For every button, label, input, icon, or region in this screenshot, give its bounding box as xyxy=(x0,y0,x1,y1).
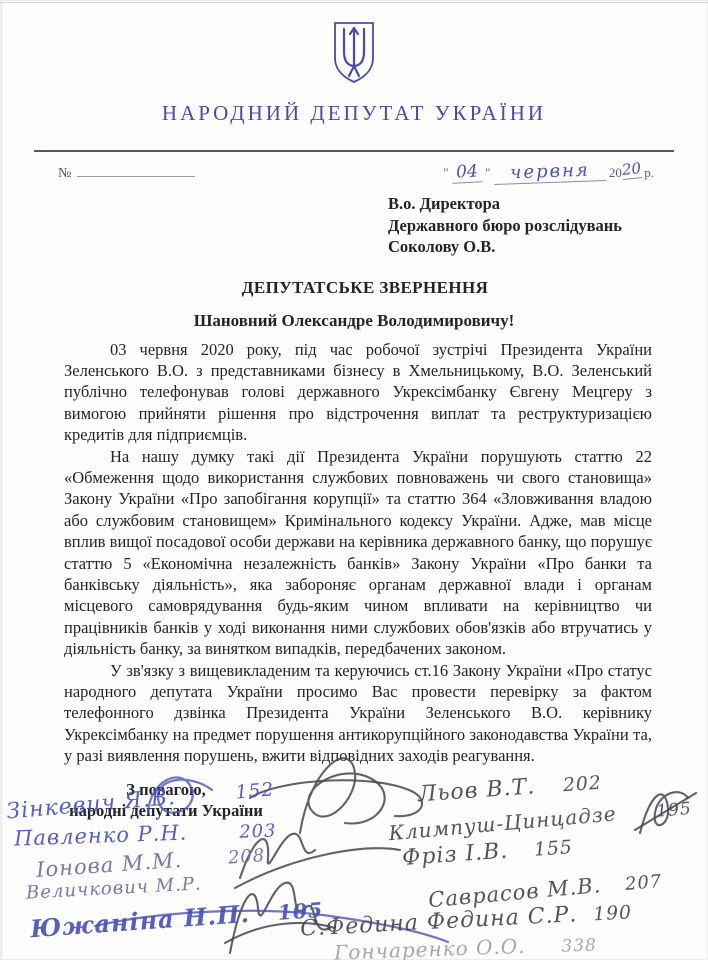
letterhead: НАРОДНИЙ ДЕПУТАТ УКРАЇНИ xyxy=(0,0,708,126)
signature-badge: 202 xyxy=(562,773,602,797)
signatures-block: Зінкевич Я.В.152 Павленко Р.Н.203 Іонова… xyxy=(0,738,708,960)
scan-artifact-line xyxy=(0,2,708,3)
date-quote-open: " xyxy=(443,165,448,180)
date-year-handwritten: 20 xyxy=(621,159,642,180)
letter-body: 03 червня 2020 року, під час робочої зус… xyxy=(64,339,652,767)
date-field: " 04 " червня 2020 р. xyxy=(443,161,654,183)
date-day-handwritten: 04 xyxy=(451,161,482,184)
reference-number-blank xyxy=(77,164,195,177)
document-title: ДЕПУТАТСЬКЕ ЗВЕРНЕННЯ xyxy=(0,278,708,298)
date-year-printed: 20 xyxy=(609,165,622,180)
date-month-handwritten: червня xyxy=(493,159,606,185)
date-quote-close: " xyxy=(485,165,490,180)
scanned-letter-page: НАРОДНИЙ ДЕПУТАТ УКРАЇНИ № " 04 " червня… xyxy=(0,0,708,960)
divider-rule xyxy=(34,150,674,152)
recipient-position: В.о. Директора xyxy=(388,193,708,215)
signature-badge: 195 xyxy=(656,799,693,822)
signature-badge: 155 xyxy=(533,837,573,861)
signature-badge: 207 xyxy=(624,871,663,895)
recipient-person: Соколову О.В. xyxy=(388,236,708,258)
trident-emblem-icon xyxy=(330,20,378,91)
body-paragraph: На нашу думку такі дії Президента Україн… xyxy=(64,446,652,660)
letterhead-title: НАРОДНИЙ ДЕПУТАТ УКРАЇНИ xyxy=(0,101,708,126)
signature-badge: 208 xyxy=(227,845,265,869)
salutation: Шановний Олександре Володимировичу! xyxy=(0,311,708,331)
signature-badge: 190 xyxy=(593,902,633,925)
reference-number-label: № xyxy=(58,166,71,181)
reference-number: № xyxy=(58,164,195,182)
reference-row: № " 04 " червня 2020 р. xyxy=(58,161,654,183)
signature-badge: 338 xyxy=(561,935,597,956)
body-paragraph: 03 червня 2020 року, під час робочої зус… xyxy=(64,339,652,446)
recipient-block: В.о. Директора Державного бюро розслідув… xyxy=(388,193,708,258)
signature-badge: 152 xyxy=(235,779,275,803)
date-era-label: р. xyxy=(644,165,654,180)
signature-badge: 203 xyxy=(239,820,277,842)
recipient-organization: Державного бюро розслідувань xyxy=(388,215,708,237)
